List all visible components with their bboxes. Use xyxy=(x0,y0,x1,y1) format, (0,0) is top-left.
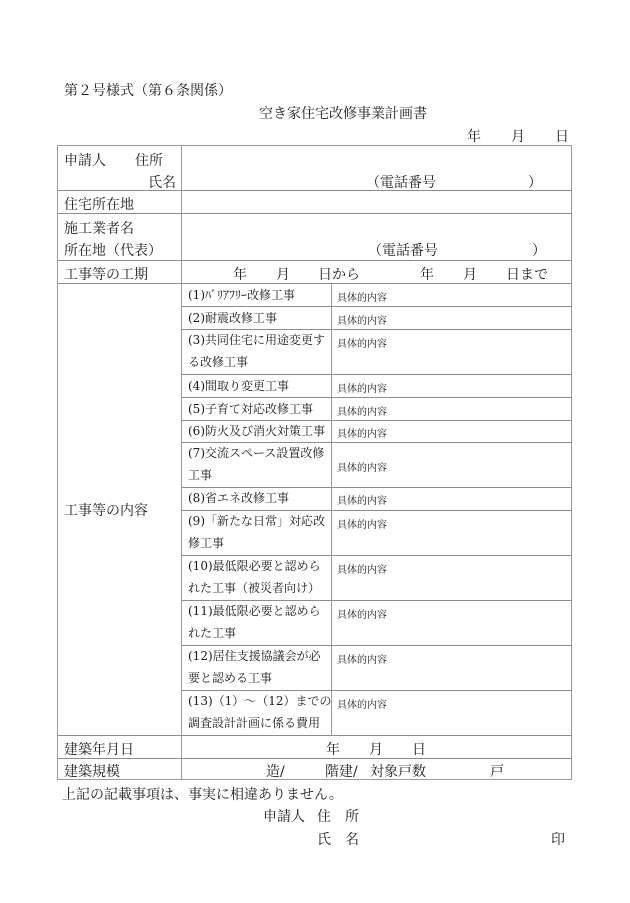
work-item-1: (1)ﾊﾞﾘｱﾌﾘｰ改修工事 xyxy=(188,284,295,307)
work-item-6: (6)防火及び消火対策工事 xyxy=(188,420,325,443)
contractor-phone-close: ） xyxy=(532,240,546,260)
work-item-10: (10)最低限必要と認めら xyxy=(188,555,321,578)
work-item-13-line2: 調査設計計画に係る費用 xyxy=(188,712,320,735)
scale-floors[interactable]: 階建/ xyxy=(325,761,358,781)
footer-name-label: 氏 名 xyxy=(317,829,359,849)
work-item-13-detail[interactable]: 具体的内容 xyxy=(337,696,387,711)
date-day: 日 xyxy=(555,126,569,146)
work-item-10-detail[interactable]: 具体的内容 xyxy=(337,561,387,576)
footer-applicant-label: 申請人 xyxy=(263,806,305,826)
period-from-month[interactable]: 月 xyxy=(276,264,290,284)
work-item-8: (8)省エネ改修工事 xyxy=(188,487,289,510)
seal-mark: 印 xyxy=(551,829,565,849)
work-item-11: (11)最低限必要と認めら xyxy=(188,600,321,623)
work-item-13: (13)（1）～（12）までの xyxy=(188,690,332,713)
date-month: 月 xyxy=(511,126,525,146)
work-item-10-line2: れた工事（被災者向け） xyxy=(188,577,320,600)
applicant-phone-label: （電話番号 xyxy=(366,172,436,192)
work-item-5: (5)子育て対応改修工事 xyxy=(188,398,313,421)
declaration-text: 上記の記載事項は、事実に相違ありません。 xyxy=(62,784,343,804)
work-item-7-detail[interactable]: 具体的内容 xyxy=(337,459,387,474)
row-divider xyxy=(57,758,572,759)
applicant-address-label: 住所 xyxy=(135,150,163,170)
work-item-5-detail[interactable]: 具体的内容 xyxy=(337,403,387,418)
work-item-8-detail[interactable]: 具体的内容 xyxy=(337,492,387,507)
contractor-name-label: 施工業者名 xyxy=(64,218,134,238)
contractor-location-label: 所在地（代表） xyxy=(64,240,162,260)
work-item-7: (7)交流スペース設置改修 xyxy=(188,442,324,465)
house-location-input[interactable] xyxy=(182,191,571,213)
house-location-label: 住宅所在地 xyxy=(64,194,134,214)
date-year: 年 xyxy=(467,126,481,146)
period-label: 工事等の工期 xyxy=(64,264,148,284)
scale-units-label: 対象戸数 xyxy=(370,761,426,781)
scale-label: 建築規模 xyxy=(64,761,120,781)
row-divider xyxy=(57,260,572,261)
footer-address-label: 住 所 xyxy=(317,806,359,826)
work-item-12-detail[interactable]: 具体的内容 xyxy=(337,651,387,666)
work-item-12: (12)居住支援協議会が必 xyxy=(188,645,321,668)
work-item-2-detail[interactable]: 具体的内容 xyxy=(337,312,387,327)
scale-units-suffix[interactable]: 戸 xyxy=(490,761,504,781)
applicant-name-label: 氏名 xyxy=(148,172,176,192)
contents-label: 工事等の内容 xyxy=(64,500,148,520)
period-to-day[interactable]: 日まで xyxy=(506,264,548,284)
work-item-9-detail[interactable]: 具体的内容 xyxy=(337,516,387,531)
contractor-phone-label: （電話番号 xyxy=(368,240,438,260)
built-date-label: 建築年月日 xyxy=(64,739,134,759)
row-divider xyxy=(57,735,572,736)
applicant-label: 申請人 xyxy=(64,150,106,170)
form-number: 第２号様式（第６条関係） xyxy=(64,80,232,100)
work-item-4: (4)間取り変更工事 xyxy=(188,375,289,398)
built-date-day[interactable]: 日 xyxy=(412,739,426,759)
applicant-phone-close: ） xyxy=(528,172,542,192)
work-item-1-detail[interactable]: 具体的内容 xyxy=(337,289,387,304)
work-item-3-detail[interactable]: 具体的内容 xyxy=(337,335,387,350)
work-item-6-detail[interactable]: 具体的内容 xyxy=(337,425,387,440)
work-item-3-line2: る改修工事 xyxy=(188,351,248,374)
period-to-year[interactable]: 年 xyxy=(420,264,434,284)
work-item-11-line2: れた工事 xyxy=(188,622,236,645)
built-date-year[interactable]: 年 xyxy=(326,739,340,759)
scale-structure[interactable]: 造/ xyxy=(266,761,285,781)
work-item-12-line2: 要と認める工事 xyxy=(188,667,272,690)
work-item-7-line2: 工事 xyxy=(188,464,212,487)
work-item-11-detail[interactable]: 具体的内容 xyxy=(337,606,387,621)
work-item-4-detail[interactable]: 具体的内容 xyxy=(337,380,387,395)
period-to-month[interactable]: 月 xyxy=(463,264,477,284)
work-item-2: (2)耐震改修工事 xyxy=(188,307,277,330)
work-item-9-line2: 修工事 xyxy=(188,532,224,555)
built-date-month[interactable]: 月 xyxy=(369,739,383,759)
period-from-day[interactable]: 日から xyxy=(318,264,360,284)
work-item-3: (3)共同住宅に用途変更す xyxy=(188,329,325,352)
document-title: 空き家住宅改修事業計画書 xyxy=(259,103,427,123)
work-item-9: (9)「新たな日常」対応改 xyxy=(188,510,325,533)
detail-column-divider xyxy=(331,283,332,735)
period-from-year[interactable]: 年 xyxy=(233,264,247,284)
